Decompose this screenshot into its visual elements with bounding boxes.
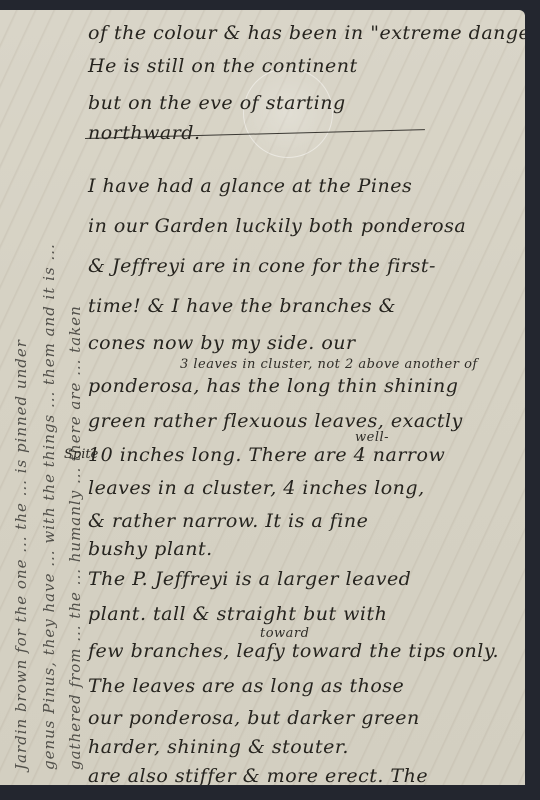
text-line: are also stiffer & more erect. The [88, 765, 428, 785]
text-line: ponderosa, has the long thin shining [88, 375, 458, 397]
text-line: leaves in a cluster, 4 inches long, [88, 477, 425, 499]
interlinear-insertion: well- [355, 430, 389, 445]
text-line: green rather flexuous leaves, exactly [88, 410, 463, 432]
text-line: The P. Jeffreyi is a larger leaved [88, 568, 411, 590]
text-line: I have had a glance at the Pines [88, 175, 412, 197]
interlinear-insertion: toward [260, 626, 309, 641]
text-line: He is still on the continent [88, 55, 358, 77]
text-line: The leaves are as long as those [88, 675, 404, 697]
text-line: harder, shining & stouter. [88, 736, 349, 758]
margin-column-2: genus Pinus, they have ... with the thin… [40, 243, 58, 770]
text-line: & rather narrow. It is a fine [88, 510, 368, 532]
text-line: bushy plant. [88, 538, 213, 560]
document-viewer: Jardin brown for the one ... the ... is … [0, 0, 540, 800]
text-line: time! & I have the branches & [88, 295, 396, 317]
text-line: but on the eve of starting [88, 92, 346, 114]
text-line: in our Garden luckily both ponderosa [88, 215, 466, 237]
text-line: of the colour & has been in "extreme dan… [88, 22, 525, 44]
interlinear-insertion: 3 leaves in cluster, not 2 above another… [180, 357, 478, 372]
text-line: plant. tall & straight but with [88, 603, 387, 625]
letter-page: Jardin brown for the one ... the ... is … [0, 10, 525, 785]
margin-column-1: Jardin brown for the one ... the ... is … [12, 339, 30, 770]
text-line: few branches, leafy toward the tips only… [88, 640, 499, 662]
text-line: our ponderosa, but darker green [88, 707, 420, 729]
margin-vertical-text: Jardin brown for the one ... the ... is … [0, 10, 100, 785]
text-line: 10 inches long. There are 4 narrow [88, 444, 445, 466]
margin-column-3: gathered from ... the ... humanly ... th… [66, 305, 84, 770]
text-line: & Jeffreyi are in cone for the first- [88, 255, 436, 277]
text-line: northward. [88, 122, 201, 144]
text-line: cones now by my side. our [88, 332, 356, 354]
